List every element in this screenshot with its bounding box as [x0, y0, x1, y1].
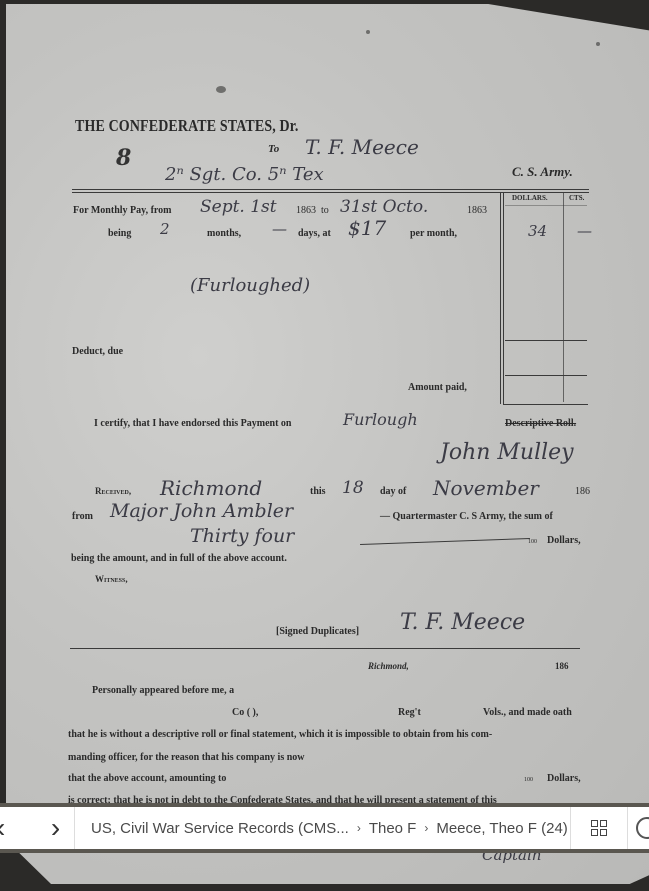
oath-line4: manding officer, for the reason that his…	[68, 752, 305, 763]
oath-hundredths: 100	[524, 777, 533, 783]
breadcrumb-separator-icon: ›	[424, 821, 428, 835]
previous-button[interactable]: ‹	[0, 807, 37, 849]
circle-icon	[636, 817, 649, 839]
box-rule	[563, 192, 564, 402]
box-rule	[505, 375, 587, 376]
chevron-right-icon: ›	[51, 812, 60, 844]
endorsed-on: Furlough	[343, 410, 418, 429]
payee-signature: T. F. Meece	[400, 610, 525, 635]
header-rule	[72, 189, 589, 190]
hundredths: 100	[528, 539, 537, 545]
vols-label: Vols., and made oath	[483, 707, 572, 718]
full-amount-text: being the amount, and in full of the abo…	[71, 553, 287, 564]
from-name: Major John Ambler	[110, 500, 293, 522]
header-rule	[72, 192, 589, 193]
breadcrumb-name-group[interactable]: Theo F	[369, 820, 417, 837]
to-label: to	[321, 205, 329, 216]
box-rule	[505, 340, 587, 341]
to-year: 1863	[467, 205, 487, 216]
record-navbar: ‹ › US, Civil War Service Records (CMS..…	[0, 803, 649, 853]
witness-label: Witness,	[95, 574, 128, 584]
co-label: Co ( ),	[232, 707, 258, 718]
received-place: Richmond	[160, 476, 262, 500]
from-year: 1863	[296, 205, 316, 216]
regt-label: Reg't	[398, 707, 421, 718]
army-label: C. S. Army.	[512, 164, 573, 180]
grid-icon	[591, 820, 607, 836]
months-label: months,	[207, 228, 241, 239]
received-day: 18	[342, 478, 364, 498]
oath-line3: that he is without a descriptive roll or…	[68, 729, 492, 740]
days-value: —	[272, 220, 287, 238]
ink-spot	[216, 86, 226, 93]
oath-place: Richmond,	[368, 661, 409, 671]
gallery-view-button[interactable]	[571, 807, 628, 849]
amount-cents: —	[577, 222, 592, 240]
document-title: THE CONFEDERATE STATES, Dr.	[75, 116, 299, 136]
box-rule	[505, 205, 587, 206]
oath-year: 186	[555, 661, 569, 671]
per-month-label: per month,	[410, 228, 457, 239]
breadcrumb-collection[interactable]: US, Civil War Service Records (CMS...	[91, 820, 349, 837]
this-label: this	[310, 486, 326, 497]
box-rule	[500, 192, 501, 404]
dollars-header: DOLLARS.	[512, 194, 548, 202]
signed-duplicates-label: [Signed Duplicates]	[276, 626, 359, 637]
amount-dollars: 34	[528, 222, 547, 240]
furloughed-note: (Furloughed)	[190, 275, 310, 296]
amount-paid-label: Amount paid,	[408, 382, 467, 393]
image-viewer[interactable]: THE CONFEDERATE STATES, Dr. To T. F. Mee…	[0, 0, 649, 891]
section-rule	[70, 648, 580, 649]
next-button[interactable]: ›	[37, 807, 74, 849]
from-date: Sept. 1st	[200, 197, 277, 217]
info-button[interactable]	[628, 807, 649, 849]
being-label: being	[108, 228, 131, 239]
rank-unit: 2ⁿ Sgt. Co. 5ⁿ Tex	[165, 164, 324, 185]
box-rule	[503, 192, 504, 404]
oath-line1: Personally appeared before me, a	[92, 685, 234, 696]
payee-name: T. F. Meece	[305, 135, 419, 159]
cents-header: CTS.	[569, 194, 584, 202]
received-month: November	[433, 476, 539, 500]
breadcrumb-record[interactable]: Meece, Theo F (24)	[436, 820, 567, 837]
chevron-left-icon: ‹	[0, 812, 5, 844]
nav-arrows: ‹ ›	[0, 807, 75, 849]
from-label: from	[72, 511, 93, 522]
deduct-label: Deduct, due	[72, 346, 123, 357]
received-label: Received,	[95, 486, 131, 496]
pencil-mark: 8	[116, 145, 131, 171]
monthly-pay-label: For Monthly Pay, from	[73, 205, 172, 216]
oath-dollars: Dollars,	[547, 773, 581, 784]
breadcrumb-separator-icon: ›	[357, 821, 361, 835]
to-date: 31st Octo.	[340, 197, 428, 217]
sum-written: Thirty four	[190, 525, 294, 547]
oath-line5: that the above account, amounting to	[68, 773, 226, 784]
rate-value: $17	[348, 216, 386, 240]
box-rule	[503, 404, 588, 405]
months-value: 2	[160, 220, 170, 238]
year-prefix: 186	[575, 486, 590, 497]
breadcrumb: US, Civil War Service Records (CMS... › …	[75, 807, 571, 849]
dollars-label: Dollars,	[547, 535, 581, 546]
certifier-signature: John Mulley	[440, 440, 574, 465]
ink-spot	[596, 42, 600, 46]
struck-descriptive-roll: Descriptive Roll.	[505, 418, 576, 429]
ink-spot	[366, 30, 370, 34]
to-label: To	[268, 143, 279, 155]
days-at-label: days, at	[298, 228, 331, 239]
quartermaster-text: — Quartermaster C. S Army, the sum of	[380, 511, 553, 522]
day-of-label: day of	[380, 486, 406, 497]
certify-text: I certify, that I have endorsed this Pay…	[94, 418, 292, 429]
